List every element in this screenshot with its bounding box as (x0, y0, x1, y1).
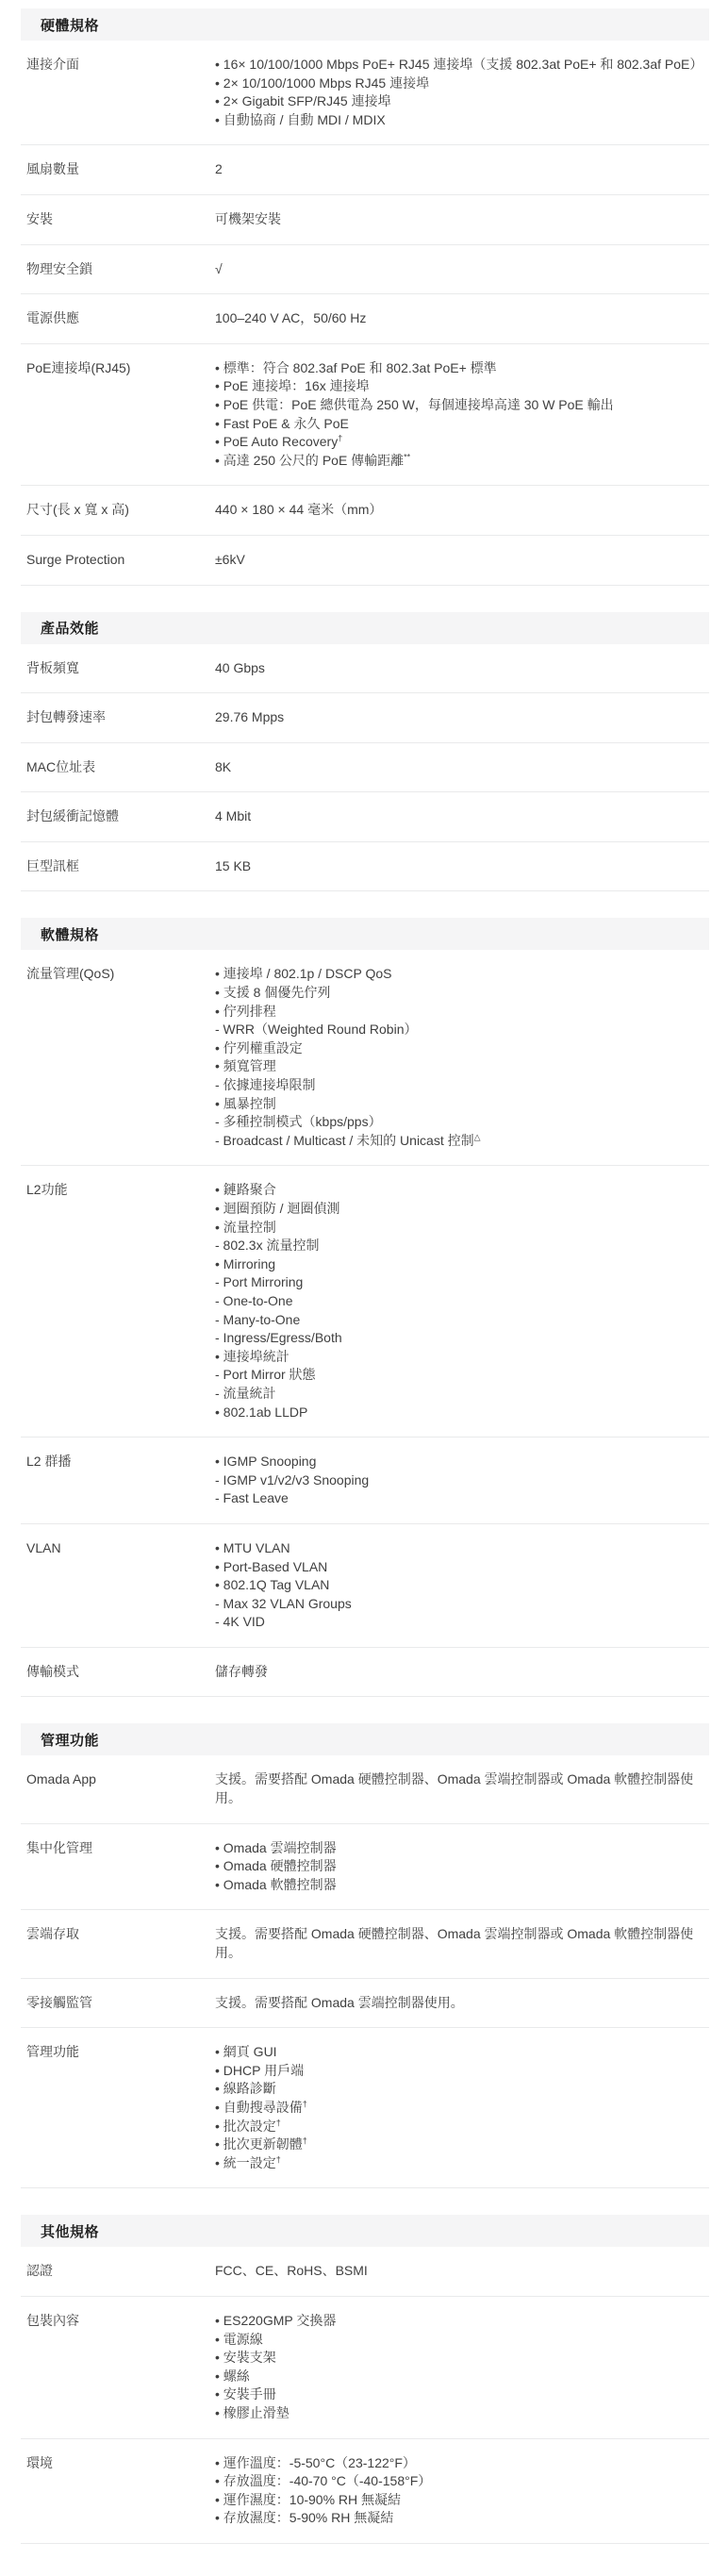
spec-line: FCC、CE、RoHS、BSMI (215, 2262, 698, 2281)
spec-value: • IGMP Snooping- IGMP v1/v2/v3 Snooping-… (215, 1453, 709, 1508)
spec-line: • 橡膠止滑墊 (215, 2404, 698, 2423)
spec-value: 100–240 V AC，50/60 Hz (215, 309, 709, 328)
spec-line: • 統一設定† (215, 2154, 698, 2173)
spec-value: 40 Gbps (215, 659, 709, 678)
spec-line: • 流量控制 (215, 1219, 698, 1238)
spec-value: 440 × 180 × 44 毫米（mm） (215, 501, 709, 520)
section-header: 硬體規格 (21, 8, 709, 41)
spec-line: • 佇列權重設定 (215, 1039, 698, 1058)
spec-label: 認證 (21, 2262, 215, 2281)
spec-line: ±6kV (215, 551, 698, 570)
spec-label: 封包緩衝記憶體 (21, 807, 215, 826)
spec-row: 巨型訊框 15 KB (21, 842, 709, 892)
spec-line: • 頻寬管理 (215, 1057, 698, 1076)
section-header: 產品效能 (21, 612, 709, 644)
spec-line: - Fast Leave (215, 1489, 698, 1508)
spec-value: • 連接埠 / 802.1p / DSCP QoS• 支援 8 個優先佇列• 佇… (215, 965, 709, 1150)
spec-line: 15 KB (215, 857, 698, 876)
spec-line: 儲存轉發 (215, 1663, 698, 1682)
spec-page: 硬體規格 連接介面 • 16× 10/100/1000 Mbps PoE+ RJ… (0, 0, 728, 2546)
spec-line: - Port Mirroring (215, 1273, 698, 1292)
spec-line: • 2× Gigabit SFP/RJ45 連接埠 (215, 92, 698, 111)
spec-line: • 風暴控制 (215, 1095, 698, 1114)
spec-label: Surge Protection (21, 551, 215, 570)
spec-label: L2 群播 (21, 1453, 215, 1471)
spec-line: 可機架安裝 (215, 210, 698, 229)
spec-row: Surge Protection ±6kV (21, 536, 709, 586)
spec-line: • 螺絲 (215, 2368, 698, 2386)
section-title: 產品效能 (41, 618, 99, 638)
spec-value: 可機架安裝 (215, 210, 709, 229)
spec-line: • Mirroring (215, 1255, 698, 1274)
spec-line: 29.76 Mpps (215, 708, 698, 727)
spec-line: • Fast PoE & 永久 PoE (215, 415, 698, 434)
spec-line: • 安裝支架 (215, 2349, 698, 2368)
spec-line: • 佇列排程 (215, 1003, 698, 1022)
spec-line: • 網頁 GUI (215, 2043, 698, 2062)
spec-label: 集中化管理 (21, 1839, 215, 1858)
spec-line: • 批次設定† (215, 2118, 698, 2136)
spec-row: 電源供應 100–240 V AC，50/60 Hz (21, 294, 709, 344)
spec-line: - Ingress/Egress/Both (215, 1329, 698, 1348)
spec-value: 29.76 Mpps (215, 708, 709, 727)
spec-line: • 電源線 (215, 2331, 698, 2350)
spec-line: 支援。需要搭配 Omada 硬體控制器、Omada 雲端控制器或 Omada 軟… (215, 1770, 698, 1807)
spec-line: • 支援 8 個優先佇列 (215, 984, 698, 1003)
spec-row: 安裝 可機架安裝 (21, 195, 709, 245)
spec-value: 15 KB (215, 857, 709, 876)
spec-label: L2功能 (21, 1181, 215, 1200)
spec-line: • PoE 連接埠：16x 連接埠 (215, 377, 698, 396)
spec-line: • 迴圈預防 / 迴圈偵測 (215, 1200, 698, 1219)
spec-line: • 2× 10/100/1000 Mbps RJ45 連接埠 (215, 75, 698, 93)
spec-value: • Omada 雲端控制器• Omada 硬體控制器• Omada 軟體控制器 (215, 1839, 709, 1895)
spec-line: • Omada 硬體控制器 (215, 1857, 698, 1876)
spec-row: 零接觸監管 支援。需要搭配 Omada 雲端控制器使用。 (21, 1979, 709, 2029)
spec-line: • ES220GMP 交換器 (215, 2312, 698, 2331)
spec-line: • 連接埠 / 802.1p / DSCP QoS (215, 965, 698, 984)
section-rows: Omada App 支援。需要搭配 Omada 硬體控制器、Omada 雲端控制… (21, 1755, 709, 2188)
spec-value: • 網頁 GUI• DHCP 用戶端• 線路診斷• 自動搜尋設備†• 批次設定†… (215, 2043, 709, 2172)
spec-line: - 802.3x 流量控制 (215, 1237, 698, 1255)
spec-label: 流量管理(QoS) (21, 965, 215, 984)
spec-row: 尺寸(長 x 寬 x 高) 440 × 180 × 44 毫米（mm） (21, 486, 709, 536)
spec-line: • 自動協商 / 自動 MDI / MDIX (215, 111, 698, 130)
spec-value: • 16× 10/100/1000 Mbps PoE+ RJ45 連接埠（支援 … (215, 56, 709, 129)
section-title: 硬體規格 (41, 15, 99, 35)
spec-line: • 16× 10/100/1000 Mbps PoE+ RJ45 連接埠（支援 … (215, 56, 698, 75)
section-header: 其他規格 (21, 2215, 709, 2247)
section-rows: 認證 FCC、CE、RoHS、BSMI 包裝內容 • ES220GMP 交換器•… (21, 2247, 709, 2544)
spec-label: VLAN (21, 1539, 215, 1558)
spec-line: - Many-to-One (215, 1311, 698, 1330)
spec-label: 管理功能 (21, 2043, 215, 2062)
spec-row: 風扇數量 2 (21, 145, 709, 195)
spec-line: - 流量統計 (215, 1385, 698, 1404)
spec-line: • PoE Auto Recovery† (215, 433, 698, 452)
spec-row: 包裝內容 • ES220GMP 交換器• 電源線• 安裝支架• 螺絲• 安裝手冊… (21, 2297, 709, 2439)
spec-line: • 連接埠統計 (215, 1348, 698, 1367)
spec-section: 產品效能 背板頻寬 40 Gbps 封包轉發速率 29.76 Mpps MAC位… (21, 612, 709, 892)
spec-line: - IGMP v1/v2/v3 Snooping (215, 1471, 698, 1490)
spec-line: 2 (215, 160, 698, 179)
spec-row: 封包緩衝記憶體 4 Mbit (21, 792, 709, 842)
spec-value: • ES220GMP 交換器• 電源線• 安裝支架• 螺絲• 安裝手冊• 橡膠止… (215, 2312, 709, 2423)
spec-row: 傳輸模式 儲存轉發 (21, 1648, 709, 1698)
spec-line: • 運作溫度：-5-50°C（23-122°F） (215, 2454, 698, 2473)
spec-row: 集中化管理 • Omada 雲端控制器• Omada 硬體控制器• Omada … (21, 1824, 709, 1911)
spec-value: 支援。需要搭配 Omada 硬體控制器、Omada 雲端控制器或 Omada 軟… (215, 1770, 709, 1807)
spec-row: VLAN • MTU VLAN• Port-Based VLAN• 802.1Q… (21, 1524, 709, 1648)
spec-label: 電源供應 (21, 309, 215, 328)
spec-row: 環境 • 運作溫度：-5-50°C（23-122°F）• 存放溫度：-40-70… (21, 2439, 709, 2544)
spec-line: • MTU VLAN (215, 1539, 698, 1558)
spec-row: 連接介面 • 16× 10/100/1000 Mbps PoE+ RJ45 連接… (21, 41, 709, 145)
spec-value: • MTU VLAN• Port-Based VLAN• 802.1Q Tag … (215, 1539, 709, 1632)
spec-line: 支援。需要搭配 Omada 雲端控制器使用。 (215, 1994, 698, 2013)
spec-section: 軟體規格 流量管理(QoS) • 連接埠 / 802.1p / DSCP QoS… (21, 918, 709, 1697)
spec-line: - 4K VID (215, 1613, 698, 1632)
spec-line: • 線路診斷 (215, 2080, 698, 2099)
spec-label: 巨型訊框 (21, 857, 215, 876)
spec-line: • 802.1Q Tag VLAN (215, 1576, 698, 1595)
spec-line: √ (215, 260, 698, 279)
spec-row: 認證 FCC、CE、RoHS、BSMI (21, 2247, 709, 2297)
spec-section: 管理功能 Omada App 支援。需要搭配 Omada 硬體控制器、Omada… (21, 1723, 709, 2188)
spec-row: 流量管理(QoS) • 連接埠 / 802.1p / DSCP QoS• 支援 … (21, 950, 709, 1166)
spec-line: - 多種控制模式（kbps/pps） (215, 1113, 698, 1132)
spec-label: 風扇數量 (21, 160, 215, 179)
spec-row: MAC位址表 8K (21, 743, 709, 793)
spec-line: - WRR（Weighted Round Robin） (215, 1021, 698, 1039)
spec-label: 零接觸監管 (21, 1994, 215, 2013)
section-title: 其他規格 (41, 2221, 99, 2241)
spec-line: • 存放溫度：-40-70 °C（-40-158°F） (215, 2472, 698, 2491)
section-title: 管理功能 (41, 1730, 99, 1750)
spec-line: 8K (215, 758, 698, 777)
spec-label: 尺寸(長 x 寬 x 高) (21, 501, 215, 520)
spec-label: 物理安全鎖 (21, 260, 215, 279)
spec-line: - One-to-One (215, 1292, 698, 1311)
spec-line: • 鏈路聚合 (215, 1181, 698, 1200)
spec-line: • Port-Based VLAN (215, 1558, 698, 1577)
spec-line: - Broadcast / Multicast / 未知的 Unicast 控制… (215, 1132, 698, 1151)
spec-value: 支援。需要搭配 Omada 硬體控制器、Omada 雲端控制器或 Omada 軟… (215, 1925, 709, 1962)
spec-section: 其他規格 認證 FCC、CE、RoHS、BSMI 包裝內容 • ES220GMP… (21, 2215, 709, 2544)
spec-line: • 存放濕度：5-90% RH 無凝結 (215, 2509, 698, 2528)
spec-value: 支援。需要搭配 Omada 雲端控制器使用。 (215, 1994, 709, 2013)
spec-line: • 802.1ab LLDP (215, 1404, 698, 1422)
spec-row: 背板頻寬 40 Gbps (21, 644, 709, 694)
spec-row: 管理功能 • 網頁 GUI• DHCP 用戶端• 線路診斷• 自動搜尋設備†• … (21, 2028, 709, 2188)
spec-line: 支援。需要搭配 Omada 硬體控制器、Omada 雲端控制器或 Omada 軟… (215, 1925, 698, 1962)
spec-line: • PoE 供電：PoE 總供電為 250 W，每個連接埠高達 30 W PoE… (215, 396, 698, 415)
spec-line: 100–240 V AC，50/60 Hz (215, 309, 698, 328)
section-header: 軟體規格 (21, 918, 709, 950)
spec-label: 連接介面 (21, 56, 215, 75)
spec-value: • 標準：符合 802.3af PoE 和 802.3at PoE+ 標準• P… (215, 359, 709, 471)
spec-line: • Omada 雲端控制器 (215, 1839, 698, 1858)
spec-value: • 鏈路聚合• 迴圈預防 / 迴圈偵測• 流量控制- 802.3x 流量控制• … (215, 1181, 709, 1421)
spec-line: • 安裝手冊 (215, 2385, 698, 2404)
spec-value: ±6kV (215, 551, 709, 570)
spec-label: 封包轉發速率 (21, 708, 215, 727)
spec-label: 背板頻寬 (21, 659, 215, 678)
spec-row: 雲端存取 支援。需要搭配 Omada 硬體控制器、Omada 雲端控制器或 Om… (21, 1910, 709, 1978)
spec-line: 40 Gbps (215, 659, 698, 678)
spec-row: 封包轉發速率 29.76 Mpps (21, 693, 709, 743)
spec-label: 安裝 (21, 210, 215, 229)
spec-label: 雲端存取 (21, 1925, 215, 1944)
spec-line: • 高達 250 公尺的 PoE 傳輸距離** (215, 452, 698, 471)
spec-row: Omada App 支援。需要搭配 Omada 硬體控制器、Omada 雲端控制… (21, 1755, 709, 1823)
spec-value: 儲存轉發 (215, 1663, 709, 1682)
spec-line: - Port Mirror 狀態 (215, 1366, 698, 1385)
spec-label: MAC位址表 (21, 758, 215, 777)
spec-label: 傳輸模式 (21, 1663, 215, 1682)
spec-label: 包裝內容 (21, 2312, 215, 2331)
spec-line: • 運作濕度：10-90% RH 無凝結 (215, 2491, 698, 2510)
section-rows: 連接介面 • 16× 10/100/1000 Mbps PoE+ RJ45 連接… (21, 41, 709, 586)
spec-line: 4 Mbit (215, 807, 698, 826)
section-rows: 流量管理(QoS) • 連接埠 / 802.1p / DSCP QoS• 支援 … (21, 950, 709, 1697)
spec-value: 8K (215, 758, 709, 777)
spec-line: • DHCP 用戶端 (215, 2062, 698, 2081)
spec-line: • Omada 軟體控制器 (215, 1876, 698, 1895)
spec-value: 4 Mbit (215, 807, 709, 826)
spec-value: 2 (215, 160, 709, 179)
section-header: 管理功能 (21, 1723, 709, 1755)
spec-line: 440 × 180 × 44 毫米（mm） (215, 501, 698, 520)
spec-line: • 標準：符合 802.3af PoE 和 802.3at PoE+ 標準 (215, 359, 698, 378)
spec-line: - 依據連接埠限制 (215, 1076, 698, 1095)
section-rows: 背板頻寬 40 Gbps 封包轉發速率 29.76 Mpps MAC位址表 8K… (21, 644, 709, 892)
spec-value: √ (215, 260, 709, 279)
spec-line: • 自動搜尋設備† (215, 2099, 698, 2118)
spec-line: • 批次更新韌體† (215, 2136, 698, 2154)
spec-row: L2功能 • 鏈路聚合• 迴圈預防 / 迴圈偵測• 流量控制- 802.3x 流… (21, 1166, 709, 1438)
spec-row: L2 群播 • IGMP Snooping- IGMP v1/v2/v3 Sno… (21, 1438, 709, 1524)
spec-line: • IGMP Snooping (215, 1453, 698, 1471)
spec-row: 物理安全鎖 √ (21, 245, 709, 295)
spec-line: - Max 32 VLAN Groups (215, 1595, 698, 1614)
spec-value: • 運作溫度：-5-50°C（23-122°F）• 存放溫度：-40-70 °C… (215, 2454, 709, 2528)
spec-label: PoE連接埠(RJ45) (21, 359, 215, 378)
spec-label: Omada App (21, 1770, 215, 1789)
spec-label: 環境 (21, 2454, 215, 2473)
spec-section: 硬體規格 連接介面 • 16× 10/100/1000 Mbps PoE+ RJ… (21, 8, 709, 586)
section-title: 軟體規格 (41, 924, 99, 944)
spec-value: FCC、CE、RoHS、BSMI (215, 2262, 709, 2281)
spec-row: PoE連接埠(RJ45) • 標準：符合 802.3af PoE 和 802.3… (21, 344, 709, 487)
